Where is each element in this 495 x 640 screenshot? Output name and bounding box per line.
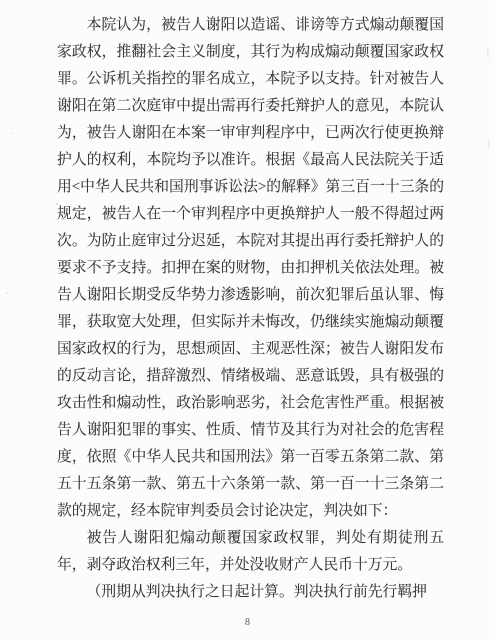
- paragraph-term-note: （刑期从判决执行之日起计算。判决执行前先行羁押: [57, 579, 444, 606]
- page-number: 8: [0, 617, 495, 628]
- paragraph-court-opinion: 本院认为，被告人谢阳以造谣、诽谤等方式煽动颠覆国家政权，推翻社会主义制度，其行为…: [57, 12, 444, 525]
- scan-speck: [56, 203, 58, 205]
- paragraph-judgment-sentence: 被告人谢阳犯煽动颠覆国家政权罪，判处有期徒刑五年，剥夺政治权利三年，并处没收财产…: [57, 525, 444, 579]
- scan-speck: [20, 136, 22, 137]
- scan-smudge: [488, 140, 490, 148]
- scan-smudge: [487, 48, 489, 58]
- scan-speck: [10, 133, 13, 134]
- document-page: 本院认为，被告人谢阳以造谣、诽谤等方式煽动颠覆国家政权，推翻社会主义制度，其行为…: [0, 0, 495, 640]
- scan-speck: [6, 292, 8, 294]
- judgment-text-block: 本院认为，被告人谢阳以造谣、诽谤等方式煽动颠覆国家政权，推翻社会主义制度，其行为…: [57, 12, 444, 606]
